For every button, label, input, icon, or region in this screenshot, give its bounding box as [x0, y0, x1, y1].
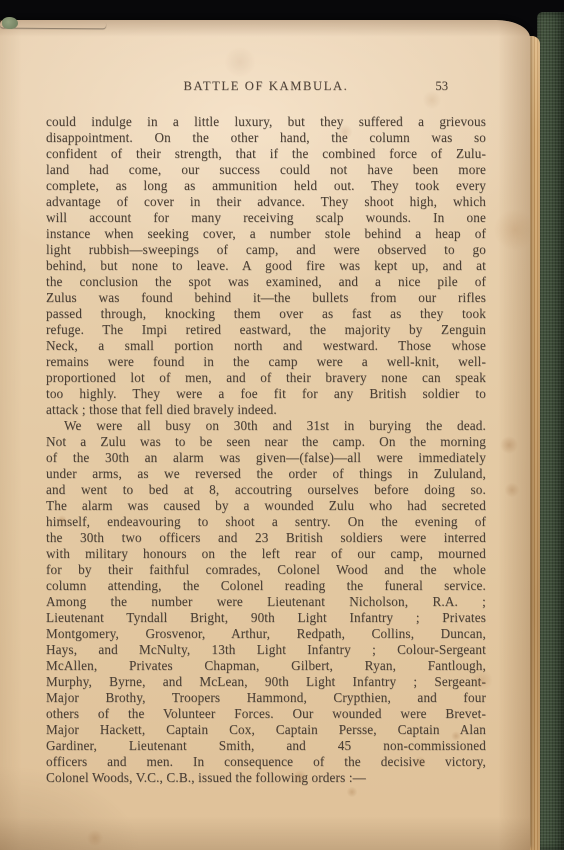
text-block: BATTLE OF KAMBULA. 53 could indulge in a…: [0, 20, 530, 786]
text-line: We were all busy on 30th and 31st in bur…: [46, 418, 486, 434]
text-line: Zulus was found behind it—the bullets fr…: [46, 290, 486, 306]
text-line: with military honours on the left rear o…: [46, 546, 486, 562]
text-line: disappointment. On the other hand, the c…: [46, 130, 486, 146]
text-line: passed through, knocking them over as fa…: [46, 306, 486, 322]
text-line: land had come, our success could not hav…: [46, 162, 486, 178]
text-line: of the 30th an alarm was given—(false)—a…: [46, 450, 486, 466]
text-line: too highly. They were a foe fit for any …: [46, 386, 486, 402]
text-line: Neck, a small portion north and westward…: [46, 338, 486, 354]
paragraph: could indulge in a little luxury, but th…: [46, 114, 486, 418]
text-line: for by their faithful comrades, Colonel …: [46, 562, 486, 578]
page-number: 53: [435, 78, 448, 94]
text-line: and went to bed at 8, accoutring ourselv…: [46, 482, 486, 498]
text-line: Gardiner, Lieutenant Smith, and 45 non-c…: [46, 738, 486, 754]
text-line: himself, endeavouring to shoot a sentry.…: [46, 514, 486, 530]
text-line: attack ; those that fell died bravely in…: [46, 402, 486, 418]
text-line: light rubbish—sweepings of camp, and wer…: [46, 242, 486, 258]
text-line: advantage of cover in their advance. The…: [46, 194, 486, 210]
text-line: Colonel Woods, V.C., C.B., issued the fo…: [46, 770, 486, 786]
book-page: BATTLE OF KAMBULA. 53 could indulge in a…: [0, 20, 530, 850]
text-line: Lieutenant Tyndall Bright, 90th Light In…: [46, 610, 486, 626]
text-line: under arms, as we reversed the order of …: [46, 466, 486, 482]
body-text: could indulge in a little luxury, but th…: [46, 114, 486, 786]
text-line: Not a Zulu was to be seen near the camp.…: [46, 434, 486, 450]
text-line: officers and men. In consequence of the …: [46, 754, 486, 770]
text-line: The alarm was caused by a wounded Zulu w…: [46, 498, 486, 514]
text-line: will account for many receiving scalp wo…: [46, 210, 486, 226]
text-line: McAllen, Privates Chapman, Gilbert, Ryan…: [46, 658, 486, 674]
text-line: could indulge in a little luxury, but th…: [46, 114, 486, 130]
frayed-cloth-corner: [2, 17, 18, 29]
text-line: the conclusion the spot was examined, an…: [46, 274, 486, 290]
paragraph: We were all busy on 30th and 31st in bur…: [46, 418, 486, 786]
text-line: Among the number were Lieutenant Nichols…: [46, 594, 486, 610]
text-line: Montgomery, Grosvenor, Arthur, Redpath, …: [46, 626, 486, 642]
text-line: remains were found in the camp were a we…: [46, 354, 486, 370]
text-line: confident of their strength, that if the…: [46, 146, 486, 162]
text-line: Murphy, Byrne, and McLean, 90th Light In…: [46, 674, 486, 690]
text-line: refuge. The Impi retired eastward, the m…: [46, 322, 486, 338]
text-line: Major Brothy, Troopers Hammond, Crypthie…: [46, 690, 486, 706]
book-cover-cloth: [537, 12, 564, 850]
text-line: instance when seeking cover, a number st…: [46, 226, 486, 242]
photo-of-open-book: BATTLE OF KAMBULA. 53 could indulge in a…: [0, 0, 564, 850]
text-line: others of the Volunteer Forces. Our woun…: [46, 706, 486, 722]
text-line: behind, but none to leave. A good fire w…: [46, 258, 486, 274]
text-line: Hays, and McNulty, 13th Light Infantry ;…: [46, 642, 486, 658]
text-line: column attending, the Colonel reading th…: [46, 578, 486, 594]
text-line: the 30th two officers and 23 British sol…: [46, 530, 486, 546]
text-line: Major Hackett, Captain Cox, Captain Pers…: [46, 722, 486, 738]
text-line: proportioned lot of men, and of their br…: [46, 370, 486, 386]
page-title: BATTLE OF KAMBULA.: [46, 78, 486, 94]
text-line: complete, as long as ammunition held out…: [46, 178, 486, 194]
running-head: BATTLE OF KAMBULA. 53: [46, 78, 486, 94]
